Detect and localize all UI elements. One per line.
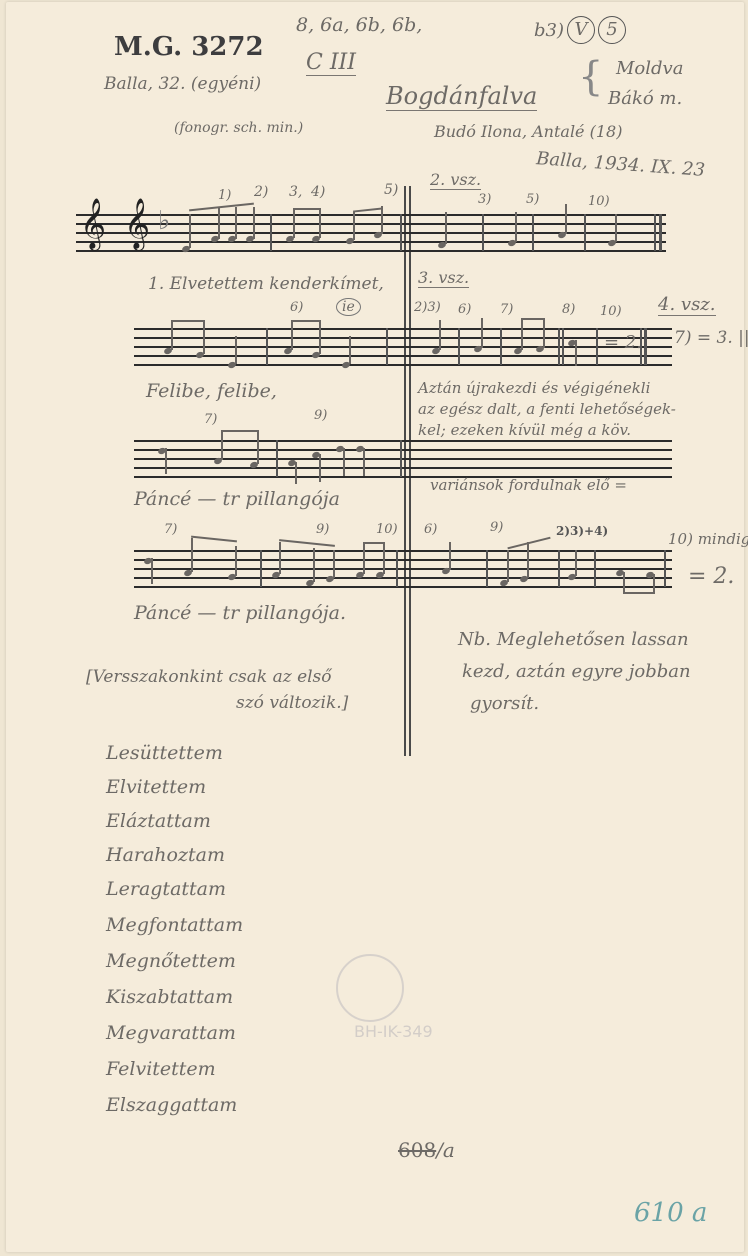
- variant-marker: 8): [562, 302, 575, 317]
- variant-marker: 6): [290, 300, 303, 315]
- circled-ref-5: 5: [598, 16, 626, 44]
- circled-refs: b3) V 5: [534, 16, 626, 44]
- word-list-item: Harahoztam: [106, 844, 225, 866]
- archive-stamp: [336, 954, 404, 1022]
- instruction-line: kel; ezeken kívül még a köv.: [418, 420, 676, 441]
- verse-label-3: 3. vsz.: [418, 268, 469, 288]
- word-list-item: Felvitettem: [106, 1058, 216, 1080]
- word-list-item: Eláztattam: [106, 810, 211, 832]
- word-list-item: Leragtattam: [106, 878, 226, 900]
- variant-marker: 6): [458, 302, 471, 317]
- mindig-marker: 10) mindig: [668, 530, 748, 548]
- collector-ref: Balla, 32. (egyéni): [104, 74, 261, 94]
- mindig-note: = 2.: [688, 564, 734, 589]
- variant-marker: 7): [500, 302, 513, 317]
- flat-sign-icon: ♭: [158, 208, 170, 234]
- variant-marker: 10): [376, 522, 398, 537]
- word-list-item: Elvitettem: [106, 776, 206, 798]
- region-line1: Moldva: [616, 58, 683, 79]
- collector-date: Balla, 1934. IX. 23: [535, 148, 705, 181]
- variant-marker: 2)3)+4): [556, 524, 608, 538]
- parenthetical-note: (fonogr. sch. min.): [174, 120, 303, 136]
- circled-ref-b3: b3): [534, 20, 564, 41]
- verse-note-line: [Versszakonkint csak az első: [86, 664, 348, 690]
- old-number-suffix: /a: [436, 1138, 455, 1162]
- region-line2: Bákó m.: [608, 88, 682, 109]
- old-number-struck: 608: [398, 1138, 436, 1162]
- variant-marker: 5): [384, 182, 398, 198]
- tempo-note: Nb. Meglehetősen lassan kezd, aztán egyr…: [458, 624, 691, 720]
- staff-2: [134, 328, 672, 368]
- circled-ref-roman: V: [567, 16, 595, 44]
- lyric-line-4: Páncé — tr pillangója.: [134, 602, 346, 624]
- word-list-item: Elszaggattam: [106, 1094, 237, 1116]
- lyric-line-1: 1. Elvetettem kenderkímet,: [148, 274, 384, 294]
- tempo-line: gyorsít.: [470, 688, 691, 720]
- variant-marker: 9): [316, 522, 329, 537]
- word-list-item: Lesüttettem: [106, 742, 223, 764]
- variant-marker: 7): [164, 522, 177, 537]
- brace: {: [578, 54, 603, 100]
- old-number: 608/a: [398, 1138, 455, 1162]
- variant-refs: 8, 6a, 6b, 6b,: [296, 14, 422, 36]
- lyric-line-2: Felibe, felibe,: [146, 380, 277, 402]
- variant-marker: 9): [314, 408, 327, 423]
- instruction-line: az egész dalt, a fenti lehetőségek-: [418, 399, 676, 420]
- treble-clef-icon: 𝄞: [80, 202, 106, 246]
- singer-name: Budó Ilona, Antalé (18): [434, 122, 622, 141]
- catalog-number: M.G. 3272: [114, 32, 264, 62]
- variant-marker: 1): [218, 188, 231, 203]
- archive-stamp-text: BH-IK-349: [354, 1022, 433, 1041]
- manuscript-page: M.G. 3272 Balla, 32. (egyéni) (fonogr. s…: [6, 2, 744, 1252]
- verse-label-4: 4. vsz.: [658, 294, 716, 316]
- variant-marker: 10): [600, 304, 622, 319]
- variant-marker: 3): [478, 192, 491, 207]
- word-list-item: Megnőtettem: [106, 950, 236, 972]
- variant-marker: 6): [424, 522, 437, 537]
- instruction-line: Aztán újrakezdi és végigénekli: [418, 378, 676, 399]
- staff-4: [134, 550, 672, 590]
- word-list-item: Megvarattam: [106, 1022, 236, 1044]
- class-code: C III: [306, 50, 356, 75]
- tempo-line: Nb. Meglehetősen lassan: [458, 624, 691, 656]
- fourth-verse-note: 7) = 3. ||10) = 2.: [674, 328, 748, 348]
- place-name: Bogdánfalva: [386, 82, 537, 111]
- verse-note: [Versszakonkint csak az első szó változi…: [86, 664, 348, 716]
- lyric-line-3: Páncé — tr pillangója: [134, 488, 340, 510]
- new-number: 610 a: [634, 1198, 707, 1228]
- variant-marker-circled: ie: [336, 298, 361, 316]
- verse-note-line: szó változik.]: [236, 690, 348, 716]
- variant-marker: 3,: [289, 184, 302, 200]
- repeat-marker: = 2.: [604, 332, 642, 353]
- variants-intro: variánsok fordulnak elő =: [430, 476, 627, 494]
- variant-marker: 2): [254, 184, 268, 200]
- word-list-item: Megfontattam: [106, 914, 243, 936]
- verse-label-2: 2. vsz.: [430, 170, 481, 190]
- variant-marker: 9): [490, 520, 503, 535]
- variant-marker: 10): [588, 194, 610, 209]
- word-list-item: Kiszabtattam: [106, 986, 233, 1008]
- variant-marker: 4): [311, 184, 325, 200]
- variant-marker: 7): [204, 412, 217, 427]
- class-code-text: C III: [306, 50, 356, 76]
- variant-marker: 2)3): [414, 300, 441, 315]
- variant-marker: 5): [526, 192, 539, 207]
- treble-clef-icon: 𝄞: [124, 202, 150, 246]
- tempo-line: kezd, aztán egyre jobban: [462, 656, 691, 688]
- repeat-instructions: Aztán újrakezdi és végigénekli az egész …: [418, 378, 676, 441]
